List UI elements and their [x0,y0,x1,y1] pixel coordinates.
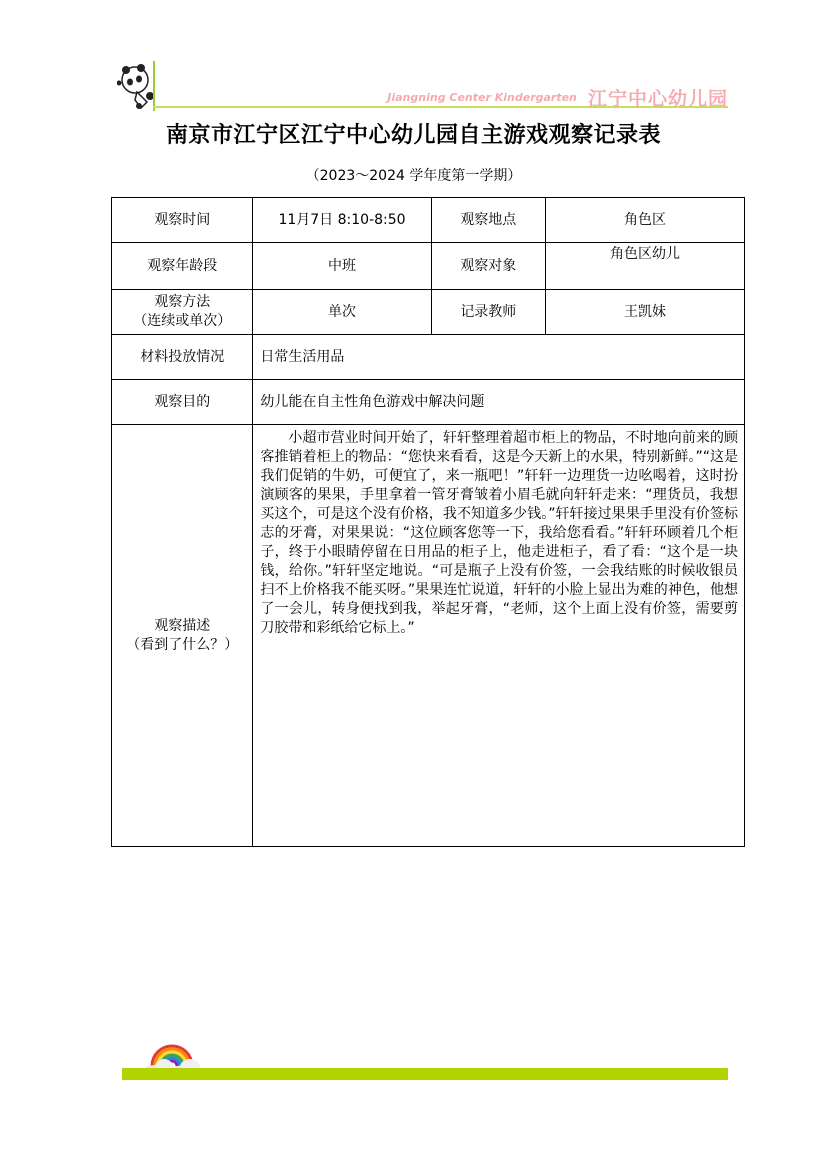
value-observation-method: 单次 [253,290,431,335]
table-row: 观察年龄段 中班 观察对象 角色区幼儿 [112,243,745,290]
brand-chinese: 江宁中心幼儿园 [588,88,728,110]
value-purpose: 幼儿能在自主性角色游戏中解决问题 [253,380,745,425]
description-text: 小超市营业时间开始了，轩轩整理着超市柜上的物品，不时地向前来的顾客推销着柜上的物… [260,429,738,638]
label-purpose: 观察目的 [112,380,253,425]
value-materials: 日常生活用品 [253,335,745,380]
footer-bar [122,1068,728,1080]
page-footer [122,1030,728,1080]
value-observation-subject: 角色区幼儿 [546,243,745,290]
value-observation-location: 角色区 [546,198,745,243]
document-subtitle: （2023～2024 学年度第一学期） [0,165,827,185]
value-recording-teacher: 王凯妹 [546,290,745,335]
label-observation-time: 观察时间 [112,198,253,243]
brand-english: Jiangning Center Kindergarten [387,91,577,104]
label-age-group: 观察年龄段 [112,243,253,290]
label-method-main: 观察方法 [112,293,252,312]
value-observation-time: 11月7日 8:10-8:50 [253,198,431,243]
label-observation-subject: 观察对象 [431,243,545,290]
label-materials: 材料投放情况 [112,335,253,380]
observation-table: 观察时间 11月7日 8:10-8:50 观察地点 角色区 观察年龄段 中班 观… [111,197,745,847]
bamboo-stalk [153,61,155,111]
table-row: 观察时间 11月7日 8:10-8:50 观察地点 角色区 [112,198,745,243]
label-description-main: 观察描述 [112,617,252,636]
page-header: Jiangning Center Kindergarten 江宁中心幼儿园 [112,55,728,110]
label-description-sub: （看到了什么？） [112,636,252,655]
table-row: 观察描述 （看到了什么？） 小超市营业时间开始了，轩轩整理着超市柜上的物品，不时… [112,425,745,847]
table-row: 观察目的 幼儿能在自主性角色游戏中解决问题 [112,380,745,425]
brand: Jiangning Center Kindergarten 江宁中心幼儿园 [387,84,728,111]
table-row: 观察方法 （连续或单次） 单次 记录教师 王凯妹 [112,290,745,335]
table-row: 材料投放情况 日常生活用品 [112,335,745,380]
value-age-group: 中班 [253,243,431,290]
label-method-sub: （连续或单次） [112,312,252,331]
label-recording-teacher: 记录教师 [431,290,545,335]
value-description: 小超市营业时间开始了，轩轩整理着超市柜上的物品，不时地向前来的顾客推销着柜上的物… [253,425,745,847]
label-description: 观察描述 （看到了什么？） [112,425,253,847]
label-observation-method: 观察方法 （连续或单次） [112,290,253,335]
document-title: 南京市江宁区江宁中心幼儿园自主游戏观察记录表 [0,118,827,149]
label-observation-location: 观察地点 [431,198,545,243]
